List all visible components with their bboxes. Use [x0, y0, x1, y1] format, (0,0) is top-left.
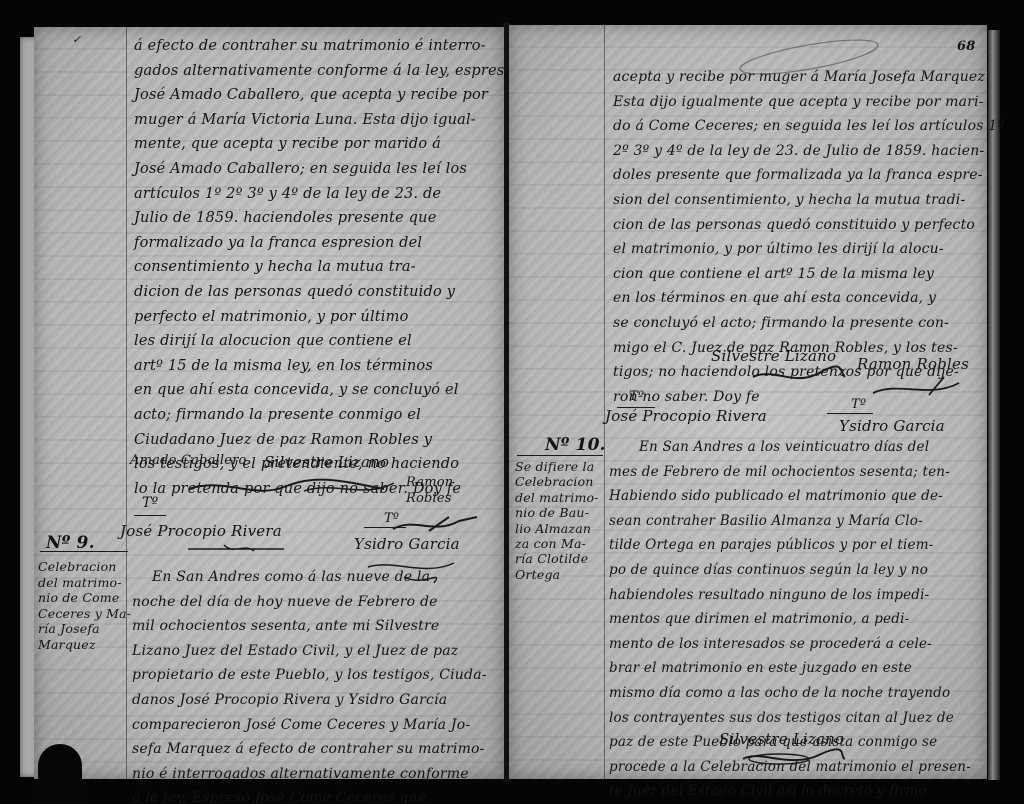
- text-line: en que ahí esta concevida, y se concluyó…: [134, 378, 513, 403]
- text-line: mentos que dirimen el matrimonio, a pedi…: [609, 607, 971, 632]
- entry-margin-note: Se difiere la Celebracion del matrimo- n…: [515, 459, 599, 582]
- entry-margin-note: Celebracion del matrimo- nio de Come Cec…: [38, 559, 131, 652]
- prefix-rule: [364, 527, 406, 528]
- text-line: mil ochocientos sesenta, ante mi Silvest…: [132, 614, 487, 639]
- text-line: 2º 3º y 4º de la ley de 23. de Julio de …: [613, 139, 1004, 164]
- text-line: tilde Ortega en parajes públicos y por e…: [609, 533, 971, 558]
- text-line: artº 15 de la misma ley, en los términos: [134, 354, 513, 379]
- signature-witness-2: Ysidro Garcia: [354, 535, 460, 553]
- margin-note-line: ría Josefa: [38, 621, 131, 637]
- text-line: danos José Procopio Rivera y Ysidro Garc…: [132, 688, 487, 713]
- margin-note-line: Celebracion: [38, 559, 131, 575]
- text-line: sefa Marquez á efecto de contraher su ma…: [132, 737, 487, 762]
- text-line: acepta y recibe por muger á María Josefa…: [613, 65, 1004, 90]
- text-line: José Amado Caballero; en seguida les leí…: [134, 157, 513, 182]
- corner-check-mark: ✓: [72, 33, 81, 46]
- margin-note-line: Ortega: [515, 567, 599, 582]
- scanner-thumb-shadow: [38, 744, 82, 804]
- entry-number: Nº 10.: [545, 435, 606, 455]
- signature-flourish-icon: [739, 747, 849, 769]
- margin-note-line: Marquez: [38, 637, 131, 653]
- left-page: ✓ á efecto de contraher su matrimonio é …: [34, 27, 504, 779]
- text-line: cion que contiene el artº 15 de la misma…: [613, 262, 1004, 287]
- text-line: mento de los interesados se procederá a …: [609, 632, 971, 657]
- text-line: á la ley. Espresó José Come Ceceres que: [132, 786, 487, 804]
- text-line: noche del día de hoy nueve de Febrero de: [132, 590, 487, 615]
- signature-peace-judge: Ramon Robles: [857, 355, 969, 373]
- prefix-rule: [827, 413, 873, 414]
- text-line: habiendoles resultado ninguno de los imp…: [609, 583, 971, 608]
- right-page: 68 acepta y recibe por muger á María Jos…: [509, 25, 987, 779]
- margin-note-line: za con Ma-: [515, 536, 599, 551]
- margin-note-line: del matrimo-: [38, 575, 131, 591]
- text-line: sean contraher Basilio Almanza y María C…: [609, 509, 971, 534]
- signature-civil-judge: Silvestre Lizano: [264, 453, 389, 471]
- entry-body: En San Andres como á las nueve de la noc…: [132, 565, 487, 804]
- text-line: dicion de las personas quedó constituido…: [134, 280, 513, 305]
- text-line: á efecto de contraher su matrimonio é in…: [134, 34, 513, 59]
- margin-rule: [126, 27, 127, 779]
- text-line: comparecieron José Come Ceceres y María …: [132, 713, 487, 738]
- witness-2-prefix: Tº: [384, 511, 399, 526]
- text-line: Habiendo sido publicado el matrimonio qu…: [609, 484, 971, 509]
- margin-note-line: nio de Bau-: [515, 505, 599, 520]
- text-line: sion del consentimiento, y hecha la mutu…: [613, 188, 1004, 213]
- text-line: En San Andres como á las nueve de la: [132, 565, 487, 590]
- text-line: En San Andres a los veinticuatro días de…: [609, 435, 971, 460]
- margin-note-line: del matrimo-: [515, 490, 599, 505]
- entry-number-rule: [517, 455, 603, 456]
- text-line: acto; firmando la presente conmigo el: [134, 403, 513, 428]
- signature-closing: Silvestre Lizano: [719, 730, 844, 748]
- text-line: mismo día como a las ocho de la noche tr…: [609, 681, 971, 706]
- signature-peace-judge: Ramon Robles: [406, 475, 476, 507]
- text-line: brar el matrimonio en este juzgado en es…: [609, 656, 971, 681]
- text-line: propietario de este Pueblo, y los testig…: [132, 663, 487, 688]
- margin-note-line: nio de Come: [38, 590, 131, 606]
- text-line: mes de Febrero de mil ochocientos sesent…: [609, 460, 971, 485]
- text-line: el matrimonio, y por último les dirijí l…: [613, 237, 1004, 262]
- signature-witness-1: José Procopio Rivera: [605, 407, 767, 425]
- text-line: formalizado ya la franca espresion del: [134, 231, 513, 256]
- signature-flourish-icon: [869, 373, 979, 401]
- text-line: te Juez del Estado Civil así lo decretó …: [609, 779, 971, 804]
- prefix-rule: [134, 515, 166, 516]
- witness-2-prefix: Tº: [851, 397, 866, 412]
- margin-rule: [604, 25, 605, 779]
- margin-note-line: lio Almazan: [515, 521, 599, 536]
- text-line: consentimiento y hecha la mutua tra-: [134, 255, 513, 280]
- text-line: Esta dijo igualmente que acepta y recibe…: [613, 90, 1004, 115]
- margin-note-line: Se difiere la: [515, 459, 599, 474]
- text-line: Lizano Juez del Estado Civil, y el Juez …: [132, 639, 487, 664]
- signature-witness-1: José Procopio Rivera: [120, 522, 282, 540]
- text-line: Julio de 1859. haciendoles presente que: [134, 206, 513, 231]
- signature-witness-2: Ysidro Garcia: [839, 417, 945, 435]
- text-line: gados alternativamente conforme á la ley…: [134, 59, 513, 84]
- folio-number: 68: [957, 39, 976, 54]
- signature-flourish-icon: [184, 541, 294, 557]
- text-line: les dirijí la alocucion que contiene el: [134, 329, 513, 354]
- signature-flourish-icon: [749, 365, 849, 387]
- text-line: nio é interrogados alternativamente conf…: [132, 762, 487, 787]
- entry-number: Nº 9.: [46, 533, 95, 553]
- text-line: po de quince días continuos según la ley…: [609, 558, 971, 583]
- margin-note-line: Celebracion: [515, 474, 599, 489]
- signature-civil-judge: Silvestre Lizano: [711, 347, 836, 365]
- text-line: artículos 1º 2º 3º y 4º de la ley de 23.…: [134, 182, 513, 207]
- witness-1-prefix: Tº: [142, 495, 158, 511]
- text-line: en los términos en que ahí esta concevid…: [613, 286, 1004, 311]
- text-line: se concluyó el acto; firmando la present…: [613, 311, 1004, 336]
- witness-1-prefix: Tº: [629, 389, 644, 404]
- text-line: los contrayentes sus dos testigos citan …: [609, 706, 971, 731]
- text-line: perfecto el matrimonio, y por último: [134, 305, 513, 330]
- text-line: mente, que acepta y recibe por marido á: [134, 132, 513, 157]
- text-line: do á Come Ceceres; en seguida les leí lo…: [613, 114, 1004, 139]
- text-line: muger á María Victoria Luna. Esta dijo i…: [134, 108, 513, 133]
- signature-flourish-icon: [184, 475, 404, 501]
- text-line: Ciudadano Juez de paz Ramon Robles y: [134, 428, 513, 453]
- text-line: cion de las personas quedó constituido y…: [613, 213, 1004, 238]
- signature-groom: Amado Caballero: [130, 453, 247, 468]
- margin-note-line: Ceceres y Ma-: [38, 606, 131, 622]
- text-line: doles presente que formalizada ya la fra…: [613, 163, 1004, 188]
- text-line: José Amado Caballero, que acepta y recib…: [134, 83, 513, 108]
- signature-flourish-icon: [389, 513, 484, 537]
- entry-number-rule: [40, 551, 128, 552]
- continuation-text: á efecto de contraher su matrimonio é in…: [134, 34, 513, 501]
- margin-note-line: ría Clotilde: [515, 551, 599, 566]
